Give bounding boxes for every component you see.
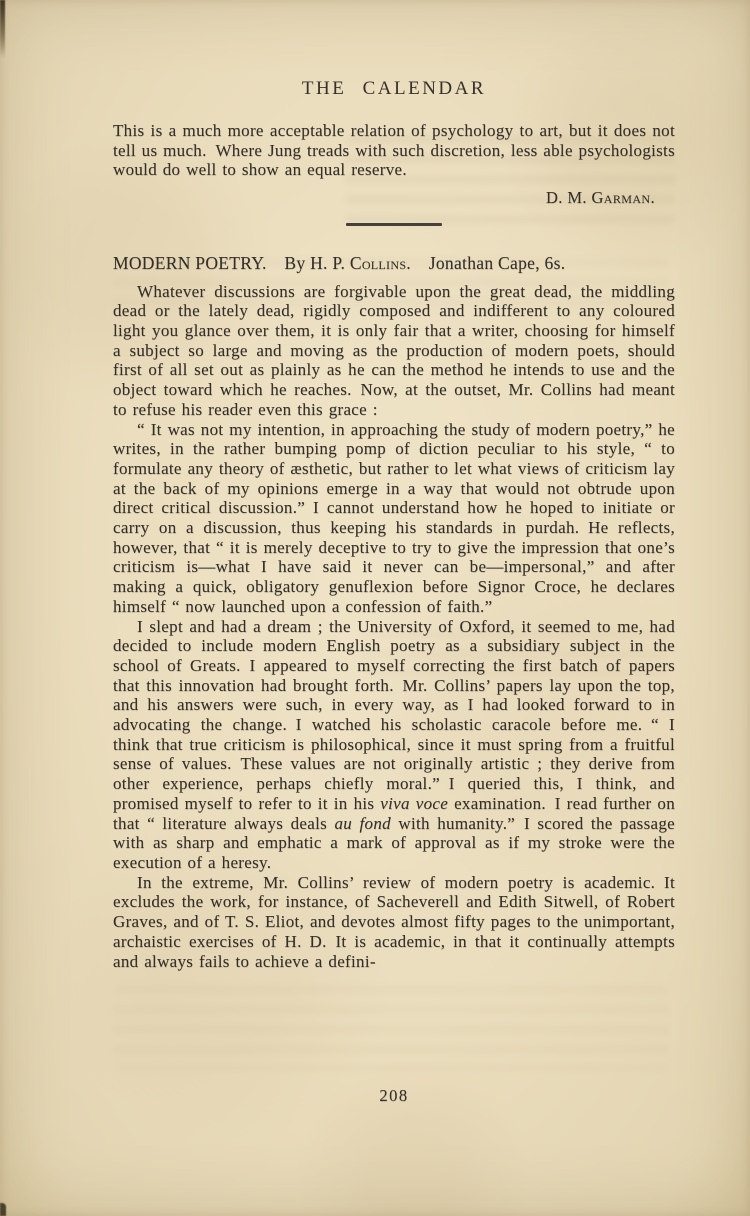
text-run: “ It was not my intention, in approachin… <box>113 420 675 616</box>
section-divider-rule <box>346 223 442 226</box>
text-run: In the extreme, Mr. Collins’ review of m… <box>113 873 675 971</box>
page-content: THE CALENDAR This is a much more accepta… <box>113 0 675 971</box>
review-paragraph: “ It was not my intention, in approachin… <box>113 420 675 617</box>
book-page: THE CALENDAR This is a much more accepta… <box>0 0 750 1216</box>
review-paragraph: Whatever discussions are forgivable upon… <box>113 282 675 420</box>
text-run: Collins <box>350 253 406 273</box>
ink-bleed-through <box>113 985 669 1071</box>
text-run: viva voce <box>380 794 448 813</box>
text-run: Garman <box>591 188 650 207</box>
text-run: Whatever discussions are forgivable upon… <box>113 282 675 419</box>
reviewer-byline: D. M. Garman. <box>113 188 675 208</box>
running-header: THE CALENDAR <box>113 78 675 100</box>
review-paragraphs: Whatever discussions are forgivable upon… <box>113 282 675 972</box>
text-run: D. M. <box>546 188 592 207</box>
scan-edge-mark <box>0 0 5 58</box>
text-run: . Jonathan Cape, 6s. <box>406 253 565 273</box>
previous-review-closing-paragraph: This is a much more acceptable relation … <box>113 121 675 180</box>
text-run: au fond <box>334 814 390 833</box>
page-number: 208 <box>113 1086 675 1106</box>
text-run: MODERN POETRY. By H. P. <box>113 253 350 273</box>
review-paragraph: I slept and had a dream ; the University… <box>113 617 675 873</box>
review-paragraph: In the extreme, Mr. Collins’ review of m… <box>113 873 675 972</box>
text-run: I slept and had a dream ; the University… <box>113 617 675 813</box>
text-run: . <box>650 188 655 207</box>
review-heading: MODERN POETRY. By H. P. Collins. Jonatha… <box>113 253 675 274</box>
scan-edge-mark <box>0 1203 6 1216</box>
